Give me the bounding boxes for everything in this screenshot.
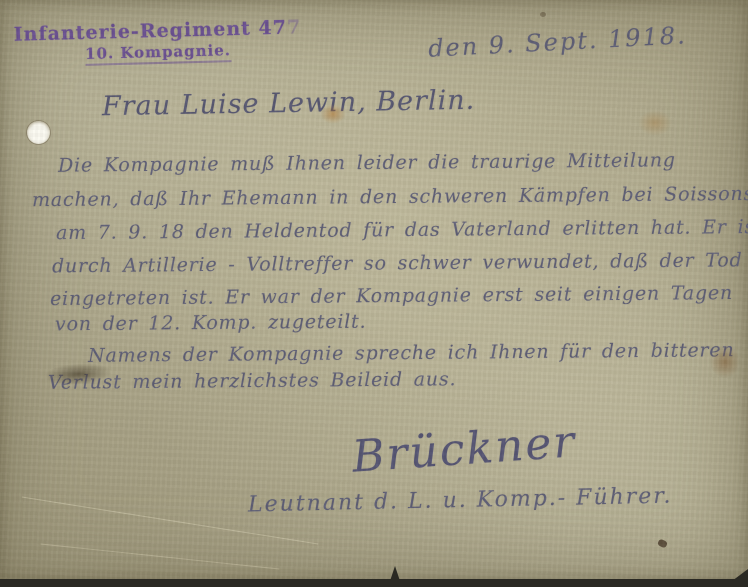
- regiment-stamp: Infanterie-Regiment 477 10. Kompagnie.: [13, 16, 302, 68]
- body-line-6: von der 12. Komp. zugeteilt.: [55, 311, 367, 336]
- rust-stain: [638, 110, 672, 136]
- company-stamp-line2: 10. Kompagnie.: [85, 41, 231, 66]
- scan-bottom-edge: [0, 579, 748, 587]
- body-line-5: eingetreten ist. Er war der Kompagnie er…: [50, 282, 733, 310]
- paper-speck: [540, 12, 546, 17]
- body-line-7: Namens der Kompagnie spreche ich Ihnen f…: [88, 339, 735, 367]
- body-line-8: Verlust mein herzlichstes Beileid aus.: [48, 368, 457, 394]
- letter-paper: Infanterie-Regiment 477 10. Kompagnie. d…: [0, 0, 748, 580]
- body-line-2: machen, daß Ihr Ehemann in den schweren …: [32, 183, 748, 211]
- letter-scan: Infanterie-Regiment 477 10. Kompagnie. d…: [0, 0, 748, 587]
- signature-title-line: Leutnant d. L. u. Komp.- Führer.: [248, 484, 673, 518]
- ink-speck: [657, 538, 668, 548]
- body-line-1: Die Kompagnie muß Ihnen leider die traur…: [58, 149, 676, 176]
- regiment-number-faded-digit: 7: [287, 16, 302, 38]
- date-line: den 9. Sept. 1918.: [427, 21, 687, 63]
- body-line-4: durch Artillerie - Volltreffer so schwer…: [52, 249, 748, 278]
- body-line-3: am 7. 9. 18 den Heldentod für das Vaterl…: [56, 216, 748, 244]
- paper-crease: [41, 543, 280, 569]
- salutation-line: Frau Luise Lewin, Berlin.: [102, 85, 476, 123]
- signature: Brückner: [350, 416, 577, 483]
- punch-hole: [27, 121, 50, 144]
